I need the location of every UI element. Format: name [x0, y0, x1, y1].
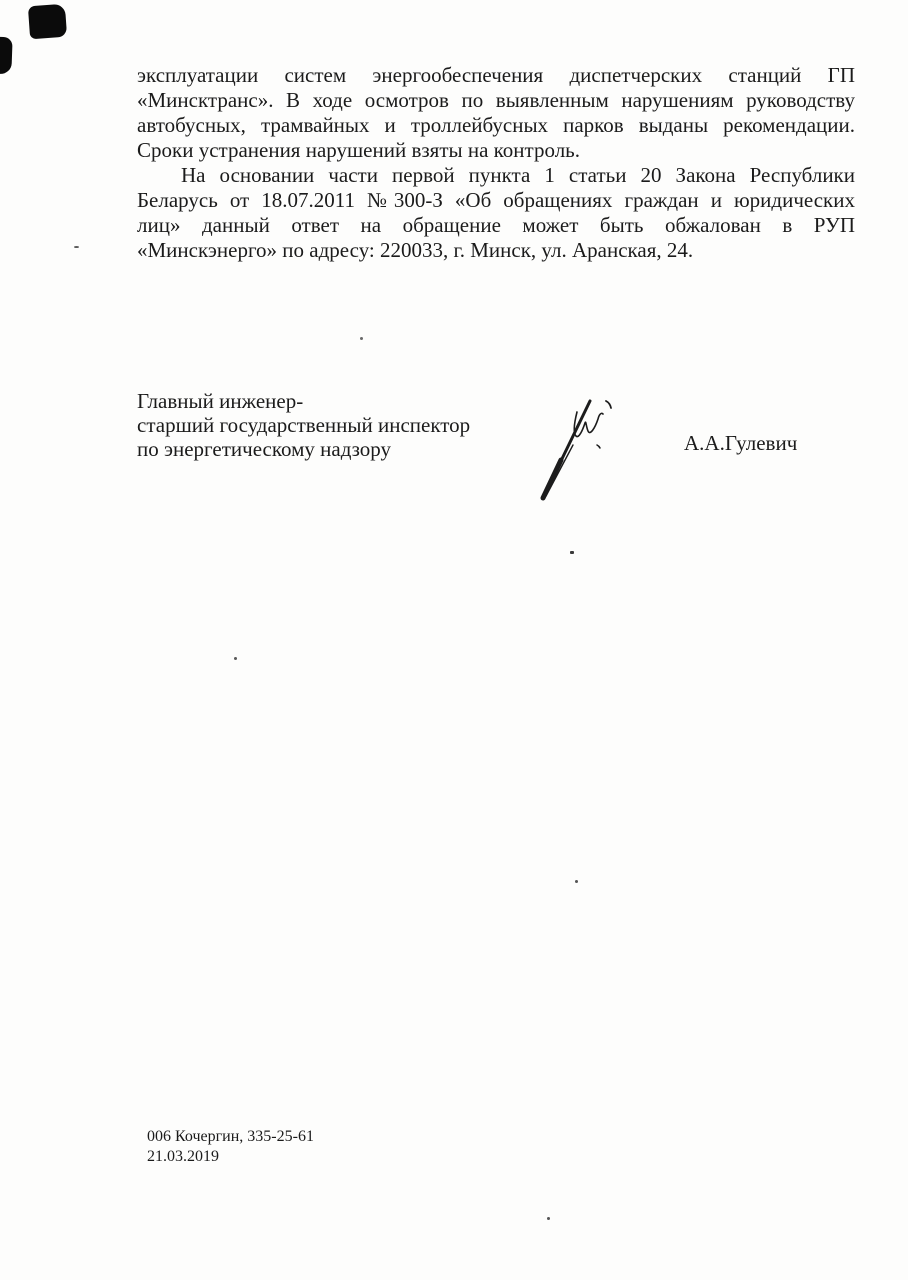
scan-speck — [360, 337, 363, 340]
body-line: На основании части первой пункта 1 стать… — [137, 163, 855, 188]
scan-speck — [547, 1217, 550, 1220]
signature-title-line: старший государственный инспектор — [137, 413, 557, 437]
letter-body: эксплуатации систем энергообеспечения ди… — [137, 63, 855, 263]
body-line: лиц» данный ответ на обращение может быт… — [137, 213, 855, 238]
handwritten-signature-scribble — [536, 392, 616, 504]
executor-line: 006 Кочергин, 335-25-61 — [147, 1127, 314, 1147]
signature-title-line: по энергетическому надзору — [137, 437, 557, 461]
body-line: Беларусь от 18.07.2011 №300-З «Об обраще… — [137, 188, 855, 213]
scanned-letter-page: эксплуатации систем энергообеспечения ди… — [0, 0, 908, 1280]
body-line: «Минсктранс». В ходе осмотров по выявлен… — [137, 88, 855, 113]
scan-speck — [234, 657, 237, 660]
body-line: автобусных, трамвайных и троллейбусных п… — [137, 113, 855, 138]
letter-footer: 006 Кочергин, 335-25-61 21.03.2019 — [147, 1127, 314, 1166]
body-line: Сроки устранения нарушений взяты на конт… — [137, 138, 855, 163]
date-line: 21.03.2019 — [147, 1147, 314, 1167]
body-line: «Минскэнерго» по адресу: 220033, г. Минс… — [137, 238, 855, 263]
scan-artifact-edge-mark — [0, 37, 13, 75]
body-line: эксплуатации систем энергообеспечения ди… — [137, 63, 855, 88]
signature-title-block: Главный инженер- старший государственный… — [137, 389, 557, 461]
scan-speck — [575, 880, 578, 883]
scan-speck — [570, 551, 574, 554]
scan-speck — [74, 246, 79, 248]
signature-title-line: Главный инженер- — [137, 389, 557, 413]
signatory-name: А.А.Гулевич — [684, 431, 797, 455]
scan-artifact-corner-mark — [28, 4, 67, 40]
